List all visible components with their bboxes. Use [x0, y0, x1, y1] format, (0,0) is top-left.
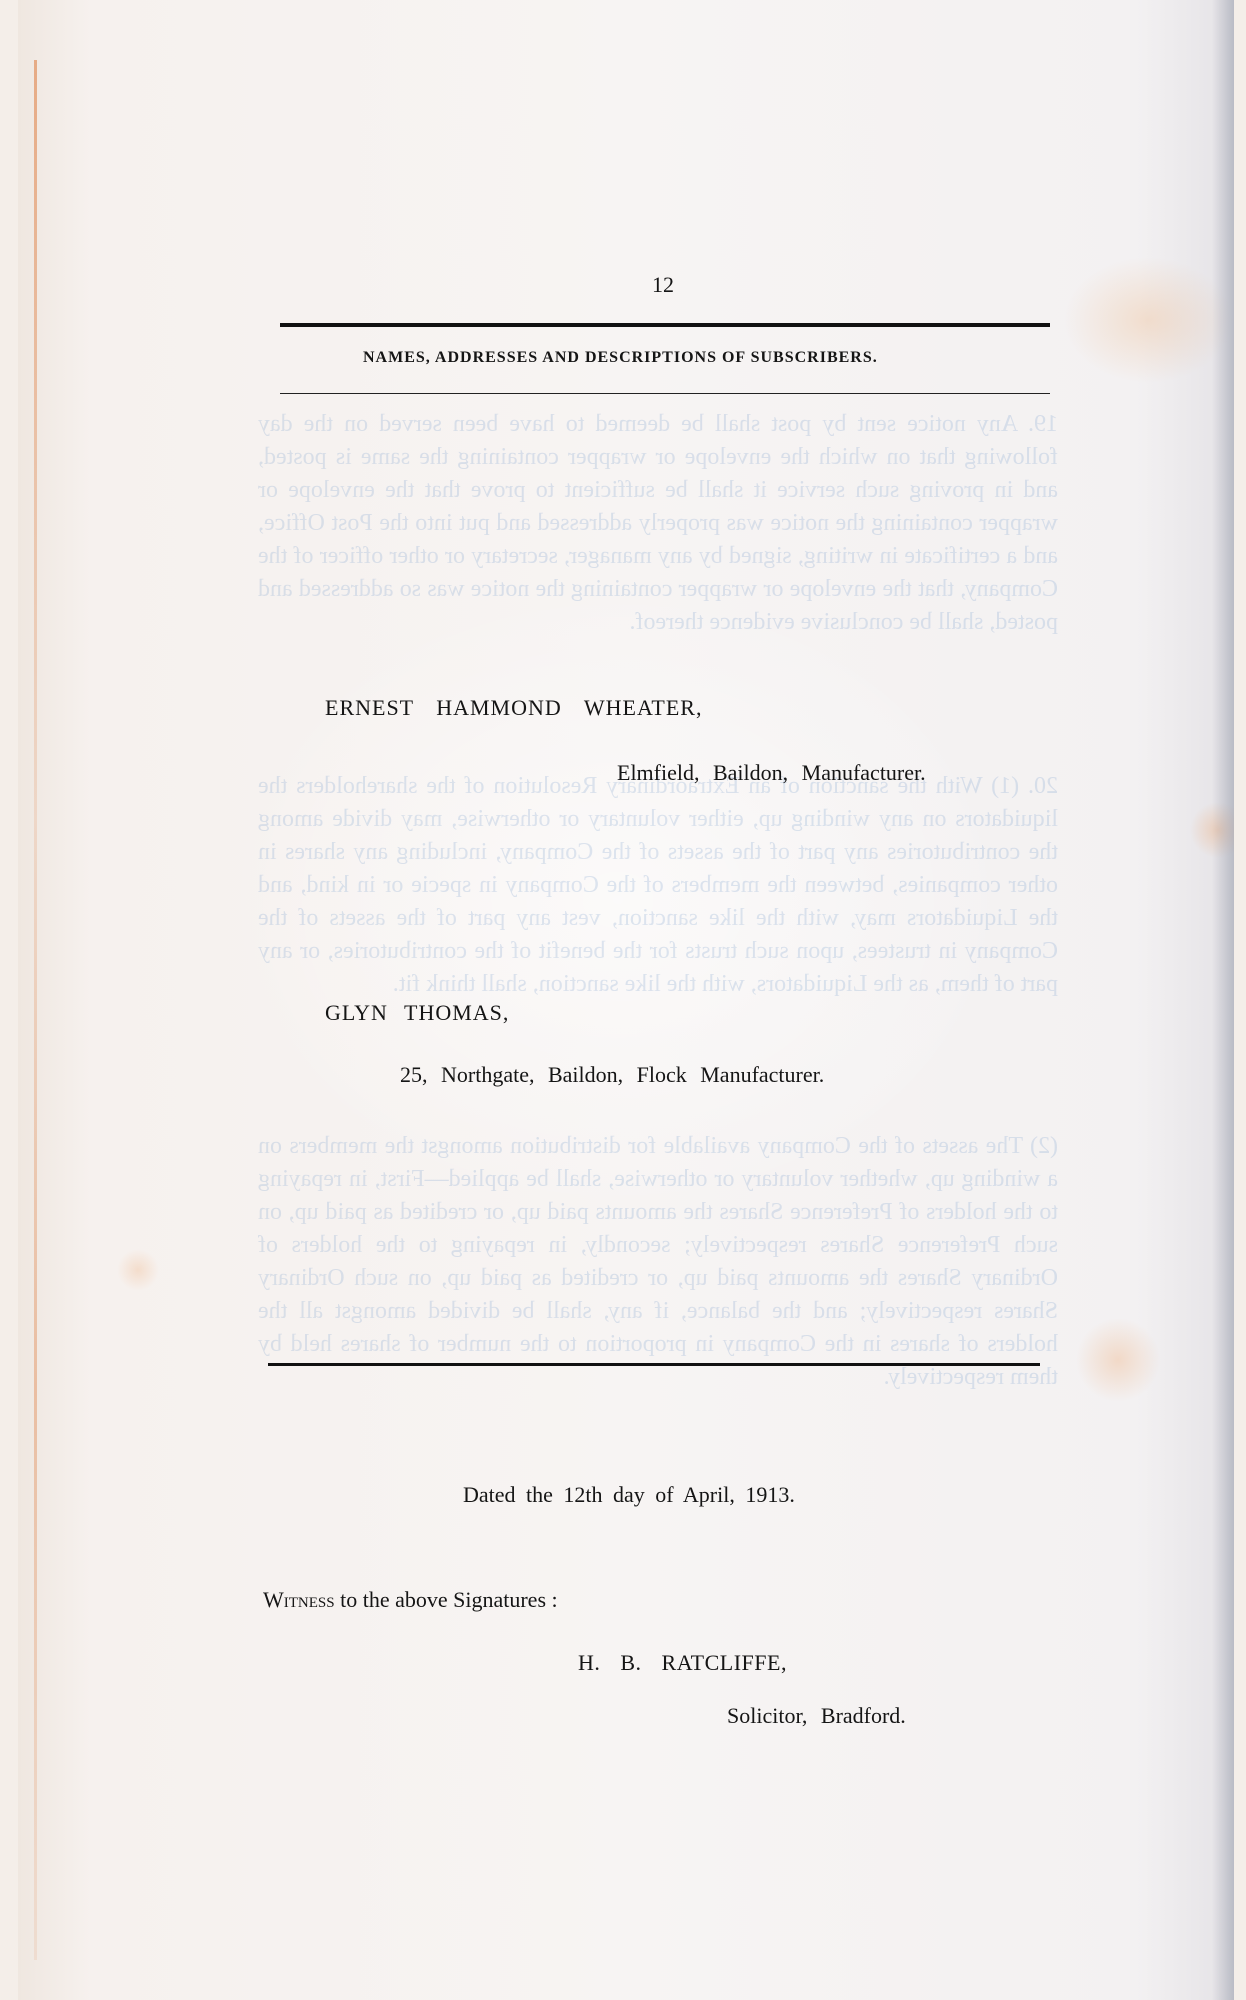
top-rule — [280, 323, 1050, 327]
section-heading: NAMES, ADDRESSES AND DESCRIPTIONS OF SUB… — [363, 349, 878, 367]
subscriber-description: 25, Northgate, Baildon, Flock Manufactur… — [400, 1062, 824, 1088]
page-edge-shadow — [1212, 0, 1234, 2000]
subscriber-name: GLYN THOMAS, — [325, 1000, 509, 1026]
witness-label-caps: Witness — [263, 1587, 335, 1612]
witness-label-rest: to the above Signatures : — [335, 1587, 558, 1612]
witness-description: Solicitor, Bradford. — [727, 1703, 906, 1729]
show-through-text-2: 20. (1) With the sanction of an Extraord… — [258, 770, 1058, 1001]
date-line: Dated the 12th day of April, 1913. — [463, 1482, 795, 1508]
subscriber-name: ERNEST HAMMOND WHEATER, — [325, 695, 702, 721]
subscriber-description: Elmfield, Baildon, Manufacturer. — [617, 760, 926, 786]
page-number: 12 — [652, 272, 674, 298]
heading-rule — [280, 393, 1050, 394]
binding-edge — [34, 60, 37, 1960]
witness-name: H. B. RATCLIFFE, — [578, 1650, 787, 1676]
show-through-text-1: 19. Any notice sent by post shall be dee… — [258, 408, 1058, 639]
show-through-text-3: (2) The assets of the Company available … — [258, 1130, 1058, 1394]
witness-label: Witness to the above Signatures : — [263, 1587, 558, 1613]
document-page: 19. Any notice sent by post shall be dee… — [18, 0, 1234, 2000]
bottom-rule — [268, 1363, 1040, 1366]
